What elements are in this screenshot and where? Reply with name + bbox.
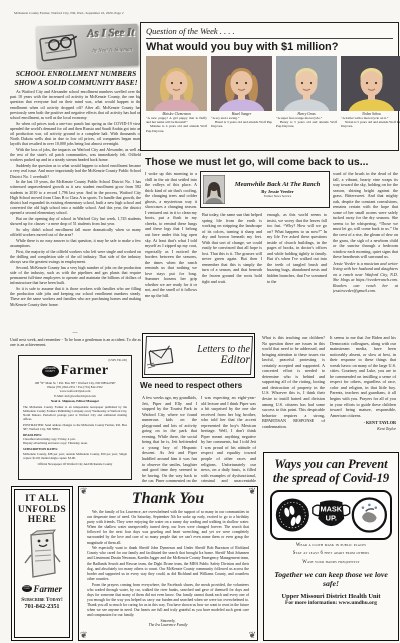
masthead-box: (USPS 336-100) McKENZIE COUNTY Farmer 10… [18,355,132,480]
child-photo [211,56,272,111]
child-detail: Nolan is 5 years old and attends Wolf Pu… [341,120,400,129]
veeder-column-header-box: Meanwhile Back At The Ranch By Jessie Ve… [200,171,330,208]
veeder-column-title: Meanwhile Back At The Ranch [228,181,327,188]
svg-text:UP.: UP. [325,513,336,522]
letter-col1: A few weeks ago, my grandkids, Jett, Pip… [142,395,197,482]
usps-number: (USPS 336-100) [23,359,127,362]
letter-col2: I was expecting an eight-year-old lectur… [201,395,256,482]
qotw-entry: Henry Gross “A super fast orange motorcy… [276,56,337,134]
child-detail: Hazel is 3 years old and attends Wolf Pu… [211,120,272,129]
covid-org: Upper Missouri District Health Unit [282,593,381,600]
hand-washing-icon [351,496,388,534]
child-detail: Maislee is 4 years old and attends Wolf … [146,124,207,133]
subscribe-phone: 701-842-2351 [24,603,59,610]
unfolds-line2: UNFOLDS [18,505,66,516]
letter-signature-sub: Kent Taylor [330,426,396,431]
covid-heading-line1: Ways you can Prevent [274,458,387,472]
letters-logo-line2: Editor [177,355,250,367]
veeder-col2: But today, the same sun that helped spri… [202,212,262,329]
covid-tip-3: Wash your hands frequently [302,560,360,565]
social-distance-icon [274,496,311,534]
masthead-deadline2: Display advertising and news copy: Thurs… [23,441,127,445]
masthead-email: E-Mail: mcf@watfordcitynd.com [23,394,127,398]
as-i-see-it-title: As I See It [87,27,135,40]
masthead-editor: Neal A. Shipman, Editor/Manager [23,399,127,403]
thank-you-title: Thank You [87,491,249,508]
covid-info: For more information: www.umdhu.org [285,600,377,606]
editorial-closing: Until next week, and remember - To be bo… [10,337,141,347]
question-of-week-question: What would you buy with $1 million? [146,41,393,53]
letter-col4: It seems to me that Joe Biden and his De… [330,335,396,449]
masthead-official: Official Newspaper Of Watford City And M… [23,462,127,466]
masthead-brand: Farmer [61,363,109,379]
subscribe-ad: IT ALL UNFOLDS HERE McKENZIE COUNTY Farm… [11,486,73,641]
county-badge-icon: McKENZIE COUNTY [22,585,32,592]
unfolds-line3: HERE [28,515,57,526]
thank-you-body: We, the family of Ira Lawrence, are over… [87,510,249,619]
covid-tip-1: Wear a cloth mask in public places [296,543,366,548]
envelope-icon [147,343,177,369]
child-photo [341,56,400,111]
county-badge-icon: McKENZIE COUNTY [42,366,59,377]
editorial-headline: SCHOOL ENROLLMENT NUMBERS SHOW A SOLID C… [11,70,141,87]
child-photo [146,56,207,111]
letter-headline: We need to respect others [140,381,258,390]
masthead-about: The McKenzie County Farmer is an indepen… [23,405,127,422]
page-running-header: McKenzie County Farmer, Watford City, ND… [14,11,124,15]
veeder-service: Farmer News Service [228,194,327,198]
masthead-rates-label: SUBSCRIPTION RATES: [23,447,127,451]
child-detail: Henry is 5 years old and attends Wolf Pu… [276,120,337,129]
qotw-entry: Maislee Clemenson “A new puppy! A girl p… [146,56,207,134]
letters-logo-box: Letters to the Editor [142,333,255,378]
unfolds-line1: IT ALL [25,494,59,505]
veeder-col3: enough, as this world seems to insist, w… [267,212,327,329]
unfolds-brand: Farmer [33,584,62,594]
covid-icon-bar: MASK UP. [270,490,392,540]
covid-script-line: Together we can keep those we love safe! [270,570,392,588]
floral-corner-icon: ❦ [248,487,256,496]
masthead-rates: McKenzie County, $38 per year; outside M… [23,452,127,460]
question-of-week-title: Question of the Week . . . . [146,26,393,39]
mini-badge-line2: COUNTY [24,589,31,591]
question-of-week-box: Question of the Week . . . . What would … [140,22,399,151]
masthead-postmaster: POSTMASTER: Send address changes to the … [23,423,127,431]
floral-corner-icon: ❦ [80,631,88,640]
as-i-see-it-logo: As I See It by Neal A. Shipman [35,24,138,69]
floral-corner-icon: ❦ [248,631,256,640]
child-quote: “A new puppy! A girl puppy that is fluff… [146,116,207,125]
covid-prevention-ad: Ways you can Prevent the spread of Covid… [263,452,399,641]
letter-col4-text: It seems to me that Joe Biden and his De… [330,335,396,418]
child-photo [276,56,337,111]
covid-heading-line2: the spread of Covid-19 [273,472,389,486]
veeder-col1: I woke up this morning to a chill in the… [145,171,197,329]
veeder-bio: Jessie Veeder is a musician and writer l… [333,261,398,294]
newspaper-page: McKenzie County Farmer, Watford City, ND… [0,0,400,643]
newspaper-glasses-sketch-icon [39,28,84,65]
editorial-divider: — [10,331,141,336]
columnist-photo [203,175,225,204]
thank-you-signoff: The Ira Lawrence Family [87,623,249,627]
qotw-entry: Hazel Sanger “A toy and a swing.” Hazel … [211,56,272,134]
qotw-entry: Nolan Schou “A trailer with a motorcycle… [341,56,400,134]
veeder-column-section: Those we must let go, will come back to … [145,156,398,330]
letters-logo-line1: Letters to the [177,345,250,355]
mask-icon: MASK UP. [311,495,352,535]
floral-corner-icon: ❦ [80,487,88,496]
veeder-col4-text: ward of the brush in the dead of the fal… [333,171,398,259]
covid-tip-2: Stay at least 6 feet apart from others [293,551,369,556]
newspaper-mascot-icon [23,529,61,581]
thank-you-ad: ❦ ❦ ❦ ❦ Thank You We, the family of Ira … [78,486,258,641]
veeder-headline: Those we must let go, will come back to … [145,156,398,168]
editorial-body: As Watford City and Alexander school enr… [10,89,141,329]
as-i-see-it-byline: by Neal A. Shipman [92,48,132,54]
svg-text:MASK: MASK [320,504,342,513]
letter-col3: What is this teaching our children? No q… [262,335,325,449]
veeder-col4: ward of the brush in the dead of the fal… [333,171,398,329]
badge-line2: COUNTY [45,371,55,374]
